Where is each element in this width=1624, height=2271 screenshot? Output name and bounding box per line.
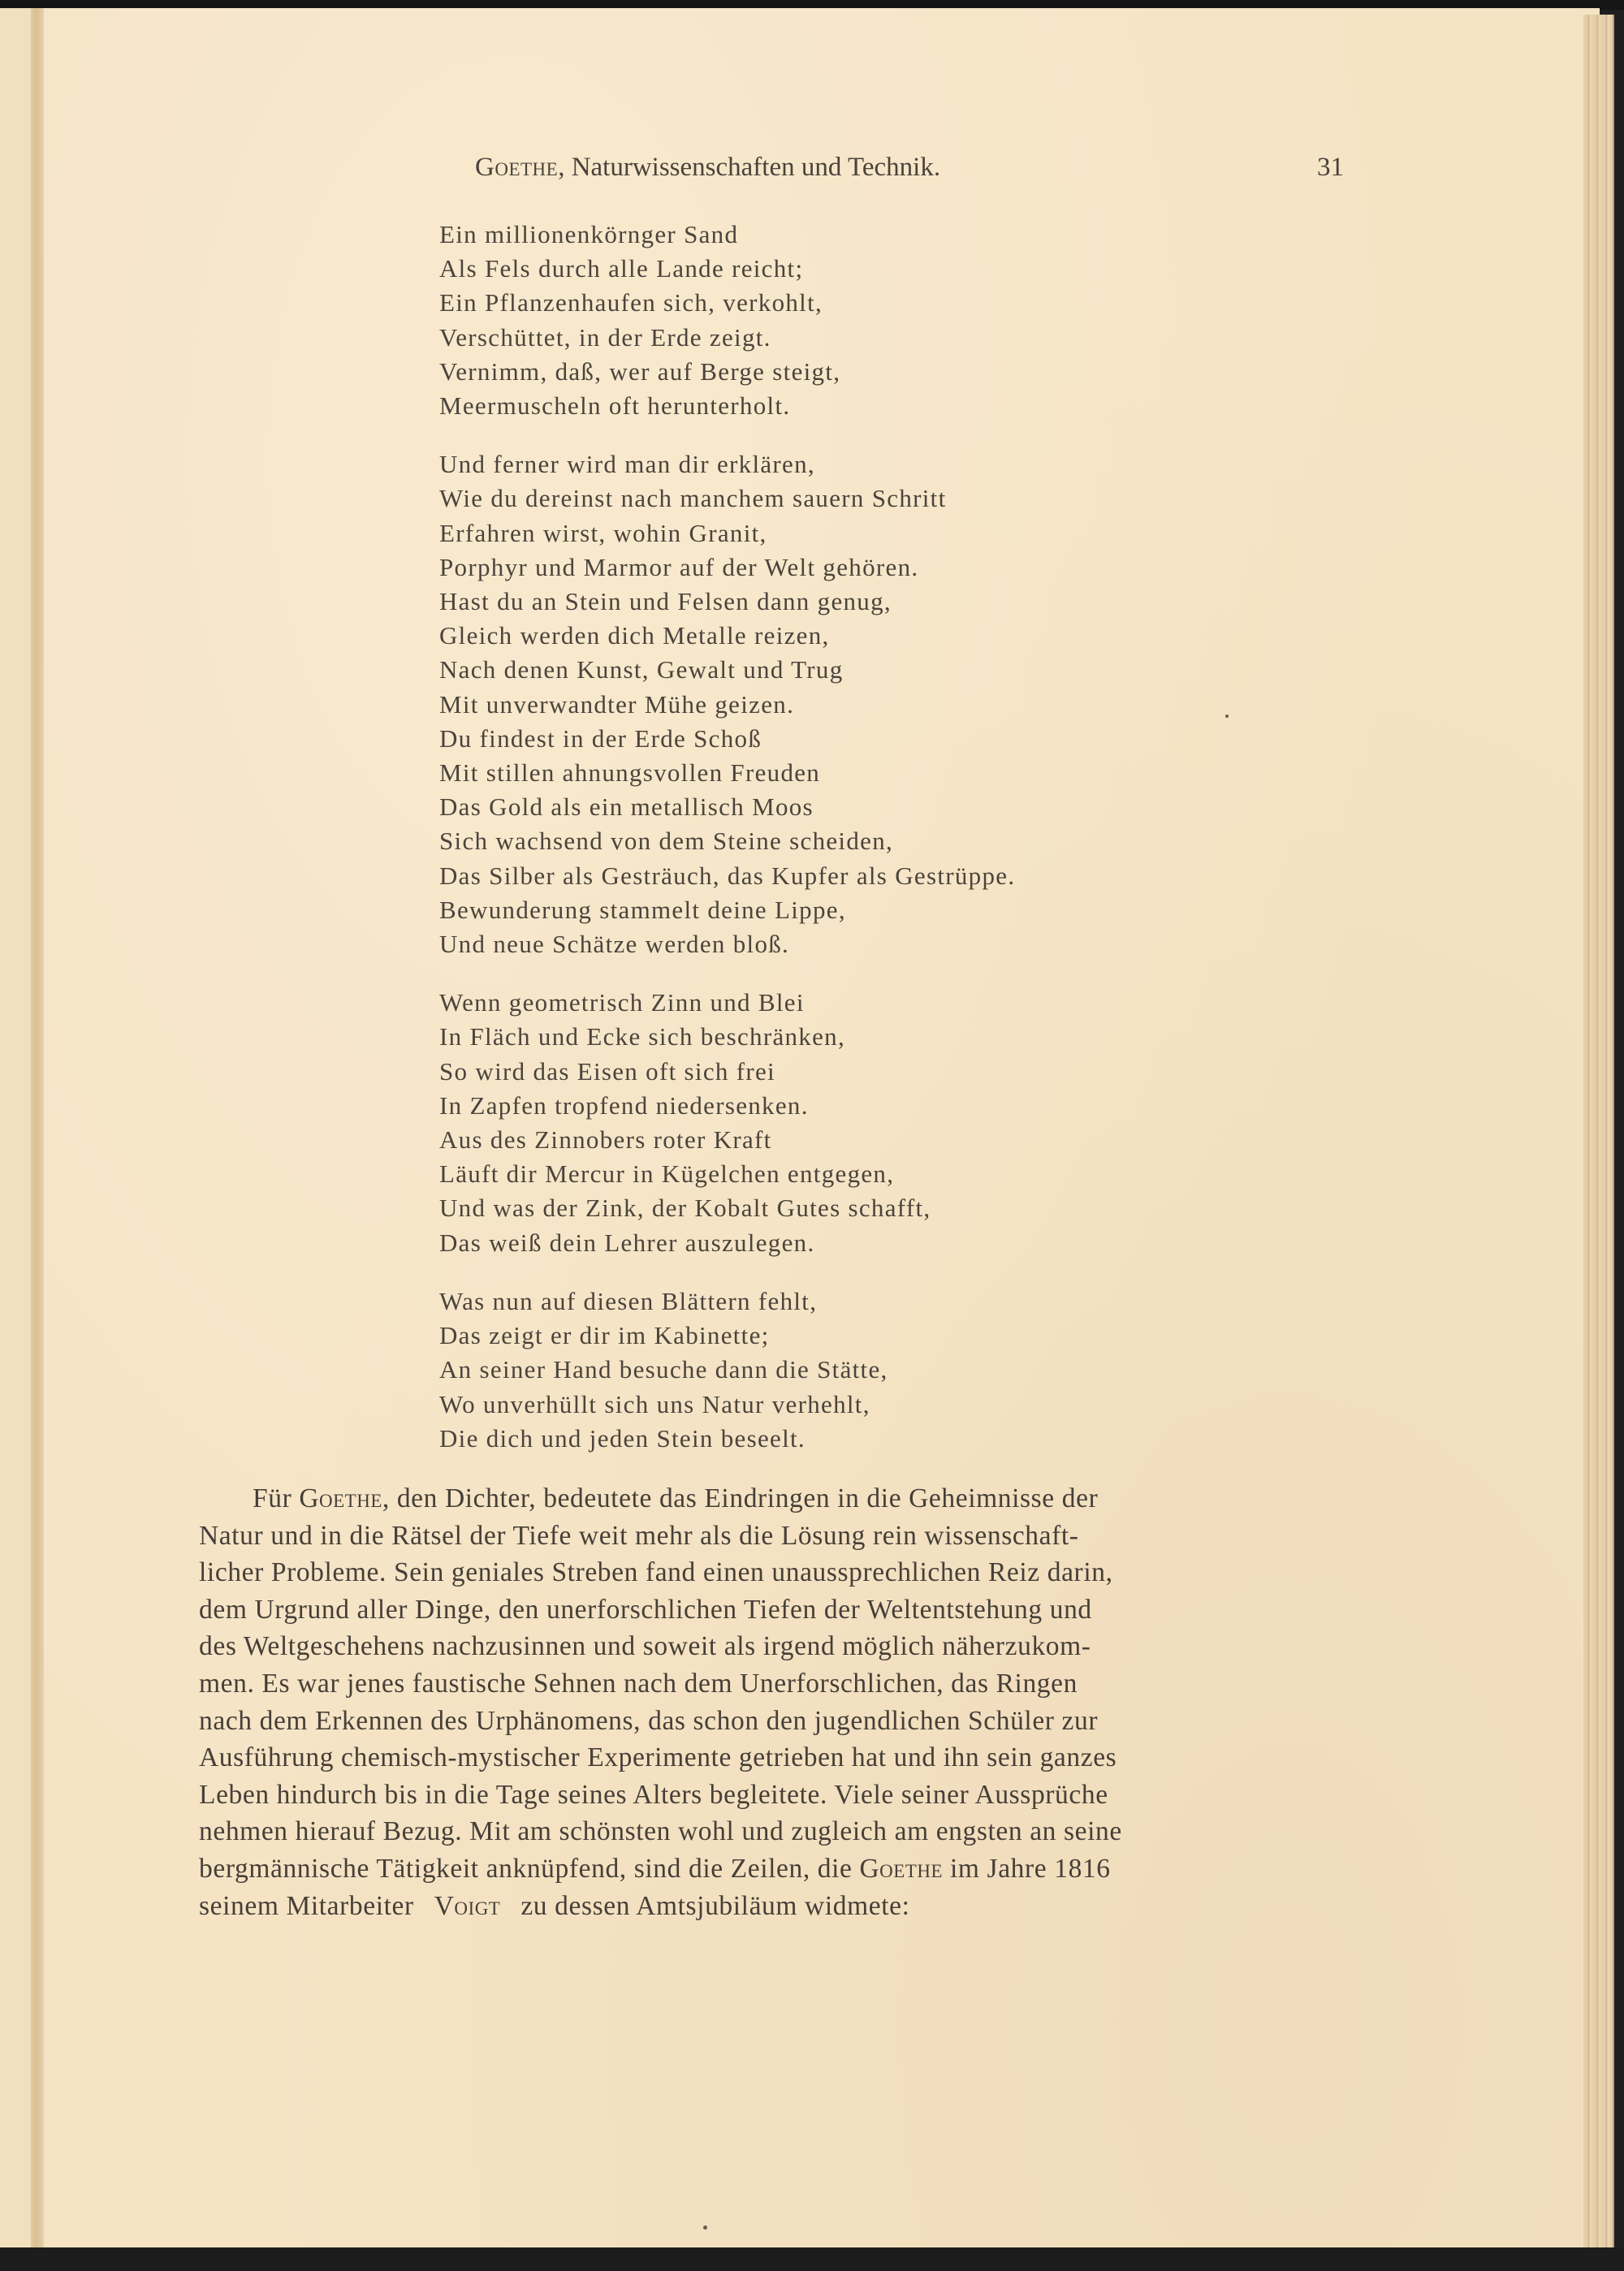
prose-text: im Jahre 1816 — [943, 1854, 1111, 1884]
prose-text: bergmännische Tätigkeit anknüpfend, sind… — [199, 1854, 859, 1884]
scan-background-bottom — [0, 2247, 1624, 2271]
poem-stanza-1: Ein millionenkörnger Sand Als Fels durch… — [439, 218, 1414, 423]
verse-line: Und neue Schätze werden bloß. — [439, 927, 1414, 961]
running-head: Goethe, Naturwissenschaften und Technik.… — [475, 153, 1344, 188]
verse-line: Du findest in der Erde Schoß — [439, 722, 1414, 756]
page-stack-edge — [1583, 15, 1614, 2247]
verse-line: Als Fels durch alle Lande reicht; — [439, 252, 1414, 286]
author-name: Goethe — [475, 153, 558, 182]
prose-text: , den Dichter, bedeutete das Eindringen … — [382, 1483, 1098, 1513]
paper-speck — [1225, 715, 1229, 718]
prose-line-text: licher Probleme. Sein geniales Streben f… — [199, 1554, 1113, 1591]
prose-line-text: Leben hindurch bis in die Tage seines Al… — [199, 1777, 1108, 1814]
person-name: Voigt — [434, 1891, 501, 1921]
verse-line: Mit stillen ahnungsvollen Freuden — [439, 756, 1414, 790]
prose-line-text: men. Es war jenes faustische Sehnen nach… — [199, 1665, 1078, 1703]
author-name: Goethe — [859, 1854, 943, 1884]
verse-line: Läuft dir Mercur in Kügelchen entgegen, — [439, 1157, 1414, 1191]
verse-line: Das Silber als Gesträuch, das Kupfer als… — [439, 859, 1414, 893]
verse-line: Verschüttet, in der Erde zeigt. — [439, 321, 1414, 355]
prose-line: men. Es war jenes faustische Sehnen nach… — [199, 1665, 1360, 1703]
prose-line-text: nehmen hierauf Bezug. Mit am schönsten w… — [199, 1813, 1122, 1850]
verse-line: Meermuscheln oft herunterholt. — [439, 389, 1414, 423]
prose-text: seinem Mitarbeiter — [199, 1891, 421, 1921]
verse-line: Und ferner wird man dir erklären, — [439, 447, 1414, 481]
prose-line-text: dem Urgrund aller Dinge, den unerforschl… — [199, 1591, 1092, 1629]
verse-line: Bewunderung stammelt deine Lippe, — [439, 893, 1414, 927]
poem-stanza-3: Wenn geometrisch Zinn und Blei In Fläch … — [439, 986, 1414, 1260]
prose-line: Leben hindurch bis in die Tage seines Al… — [199, 1777, 1360, 1814]
prose-line-text: nach dem Erkennen des Urphänomens, das s… — [199, 1703, 1098, 1740]
prose-line: Für Goethe, den Dichter, bedeutete das E… — [199, 1480, 1360, 1518]
verse-line: Erfahren wirst, wohin Granit, — [439, 516, 1414, 550]
prose-line-text: Für Goethe, den Dichter, bedeutete das E… — [253, 1480, 1098, 1518]
prose-line: nach dem Erkennen des Urphänomens, das s… — [199, 1703, 1360, 1740]
verse-line: Sich wachsend von dem Steine scheiden, — [439, 824, 1414, 858]
running-head-title: Goethe, Naturwissenschaften und Technik. — [475, 153, 940, 183]
verse-line: In Fläch und Ecke sich beschränken, — [439, 1020, 1414, 1054]
running-head-title-rest: , Naturwissenschaften und Technik. — [558, 153, 940, 182]
author-name: Goethe — [299, 1483, 382, 1513]
prose-line-text: seinem Mitarbeiter Voigt zu dessen Amtsj… — [199, 1888, 923, 1925]
prose-text: Für — [253, 1483, 299, 1513]
prose-line: Natur und in die Rätsel der Tiefe weit m… — [199, 1518, 1360, 1555]
prose-paragraph: Für Goethe, den Dichter, bedeutete das E… — [199, 1480, 1360, 1924]
verse-line: Hast du an Stein und Felsen dann genug, — [439, 585, 1414, 619]
prose-line: licher Probleme. Sein geniales Streben f… — [199, 1554, 1360, 1591]
prose-line-text: des Weltgeschehens nachzusinnen und sowe… — [199, 1628, 1091, 1665]
poem: Ein millionenkörnger Sand Als Fels durch… — [439, 218, 1414, 1480]
verse-line: Wo unverhüllt sich uns Natur verhehlt, — [439, 1388, 1414, 1422]
poem-stanza-2: Und ferner wird man dir erklären, Wie du… — [439, 447, 1414, 961]
verse-line: Aus des Zinnobers roter Kraft — [439, 1123, 1414, 1157]
verse-line: Das zeigt er dir im Kabinette; — [439, 1319, 1414, 1353]
verse-line: Ein millionenkörnger Sand — [439, 218, 1414, 252]
verse-line: Ein Pflanzenhaufen sich, verkohlt, — [439, 286, 1414, 320]
verse-line: Was nun auf diesen Blättern fehlt, — [439, 1284, 1414, 1319]
page-number: 31 — [1317, 153, 1344, 183]
verse-line: An seiner Hand besuche dann die Stätte, — [439, 1353, 1414, 1387]
verse-line: Wenn geometrisch Zinn und Blei — [439, 986, 1414, 1020]
verse-line: So wird das Eisen oft sich frei — [439, 1055, 1414, 1089]
verse-line: Das weiß dein Lehrer auszulegen. — [439, 1226, 1414, 1260]
verse-line: Vernimm, daß, wer auf Berge steigt, — [439, 355, 1414, 389]
verse-line: Porphyr und Marmor auf der Welt gehören. — [439, 550, 1414, 585]
prose-line: bergmännische Tätigkeit anknüpfend, sind… — [199, 1850, 1360, 1888]
prose-line: dem Urgrund aller Dinge, den unerforschl… — [199, 1591, 1360, 1629]
prose-line-text: bergmännische Tätigkeit anknüpfend, sind… — [199, 1850, 1111, 1888]
verse-line: Wie du dereinst nach manchem sauern Schr… — [439, 481, 1414, 516]
prose-line: des Weltgeschehens nachzusinnen und sowe… — [199, 1628, 1360, 1665]
prose-text: zu dessen Amtsjubiläum widmete: — [513, 1891, 909, 1921]
verse-line: Gleich werden dich Metalle reizen, — [439, 619, 1414, 653]
paper-speck — [703, 2226, 707, 2230]
prose-line-text: Natur und in die Rätsel der Tiefe weit m… — [199, 1518, 1079, 1555]
poem-stanza-4: Was nun auf diesen Blättern fehlt, Das z… — [439, 1284, 1414, 1456]
verse-line: Die dich und jeden Stein beseelt. — [439, 1422, 1414, 1456]
prose-line-text: Ausführung chemisch-mystischer Experimen… — [199, 1739, 1116, 1777]
verse-line: Das Gold als ein metallisch Moos — [439, 790, 1414, 824]
verse-line: Und was der Zink, der Kobalt Gutes schaf… — [439, 1191, 1414, 1225]
prose-line: Ausführung chemisch-mystischer Experimen… — [199, 1739, 1360, 1777]
verse-line: Mit unverwandter Mühe geizen. — [439, 688, 1414, 722]
verse-line: In Zapfen tropfend niedersenken. — [439, 1089, 1414, 1123]
verse-line: Nach denen Kunst, Gewalt und Trug — [439, 653, 1414, 687]
prose-line: seinem Mitarbeiter Voigt zu dessen Amtsj… — [199, 1888, 1360, 1925]
prose-line: nehmen hierauf Bezug. Mit am schönsten w… — [199, 1813, 1360, 1850]
